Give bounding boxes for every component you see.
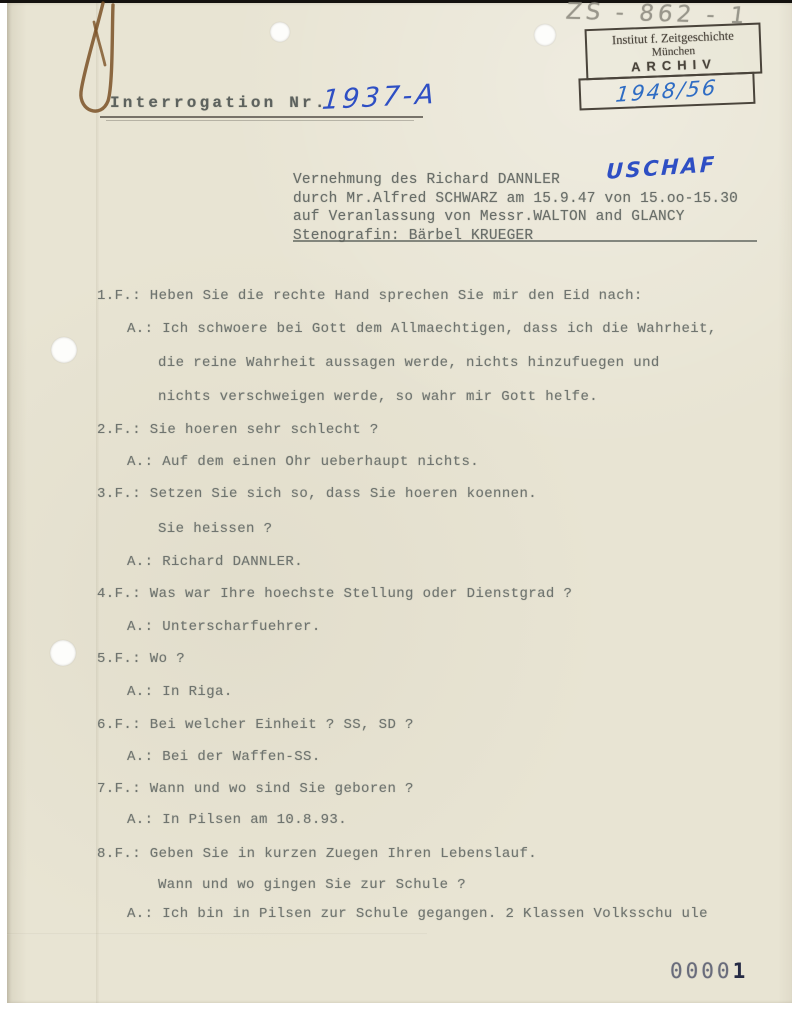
typed-line: A.: In Pilsen am 10.8.93. xyxy=(127,812,347,828)
interrogation-title: Interrogation Nr. xyxy=(110,94,328,112)
typed-line: A.: Unterscharfuehrer. xyxy=(127,619,321,635)
header-underline xyxy=(293,240,757,242)
typed-line: A.: Auf dem einen Ohr ueberhaupt nichts. xyxy=(127,454,479,470)
typed-line: 2.F.: Sie hoeren sehr schlecht ? xyxy=(97,422,379,438)
punch-hole xyxy=(50,640,76,666)
typed-line: 1.F.: Heben Sie die rechte Hand sprechen… xyxy=(97,288,643,304)
header-line: Stenografin: Bärbel KRUEGER xyxy=(293,227,738,246)
typed-line: A.: Bei der Waffen-SS. xyxy=(127,749,321,765)
typed-line: A.: Ich schwoere bei Gott dem Allmaechti… xyxy=(127,321,717,337)
document-header: Vernehmung des Richard DANNLERdurch Mr.A… xyxy=(293,171,738,245)
typed-line: Sie heissen ? xyxy=(158,521,272,537)
punch-hole xyxy=(534,24,556,46)
typed-line: A.: In Riga. xyxy=(127,684,233,700)
typed-line: nichts verschweigen werde, so wahr mir G… xyxy=(158,389,598,405)
punch-hole xyxy=(270,22,290,42)
stamp-number-handwritten: 1948/56 xyxy=(615,75,719,107)
typed-line: 5.F.: Wo ? xyxy=(97,651,185,667)
punch-hole xyxy=(51,337,77,363)
typed-line: 8.F.: Geben Sie in kurzen Zuegen Ihren L… xyxy=(97,846,537,862)
archive-stamp: Institut f. Zeitgeschichte München ARCHI… xyxy=(577,22,764,110)
page-number-stamp: 00001 xyxy=(670,959,748,983)
title-underline xyxy=(100,116,423,118)
header-line: auf Veranlassung von Messr.WALTON and GL… xyxy=(293,208,738,227)
typed-line: Wann und wo gingen Sie zur Schule ? xyxy=(158,877,466,893)
typed-line: 7.F.: Wann und wo sind Sie geboren ? xyxy=(97,781,414,797)
typed-line: A.: Ich bin in Pilsen zur Schule gegange… xyxy=(127,906,708,922)
page-number-zeros: 0000 xyxy=(670,959,733,983)
page-number-last-digit: 1 xyxy=(733,959,749,983)
interrogation-number-handwritten: 1937-A xyxy=(321,79,439,116)
pen-mark-icon xyxy=(72,0,124,129)
typed-line: 4.F.: Was war Ihre hoechste Stellung ode… xyxy=(97,586,572,602)
horizontal-crease xyxy=(7,933,427,935)
typed-line: A.: Richard DANNLER. xyxy=(127,554,303,570)
typed-line: die reine Wahrheit aussagen werde, nicht… xyxy=(158,355,660,371)
title-underline-secondary xyxy=(106,120,414,121)
typed-line: 3.F.: Setzen Sie sich so, dass Sie hoere… xyxy=(97,486,537,502)
header-line: durch Mr.Alfred SCHWARZ am 15.9.47 von 1… xyxy=(293,190,738,209)
archive-stamp-number-box: 1948/56 xyxy=(578,72,755,111)
typed-line: 6.F.: Bei welcher Einheit ? SS, SD ? xyxy=(97,717,414,733)
